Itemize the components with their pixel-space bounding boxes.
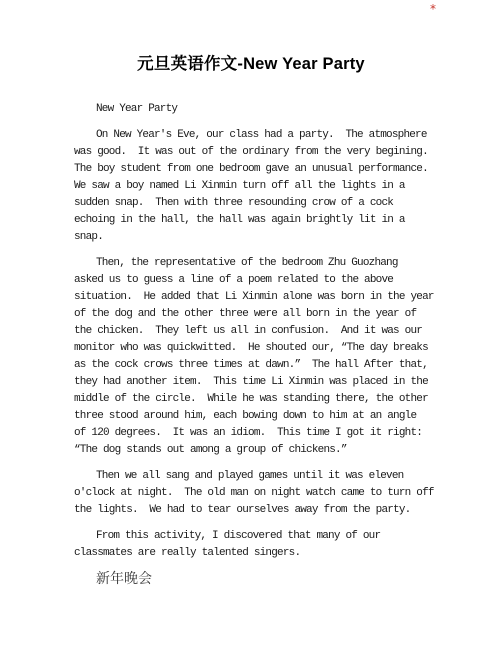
paragraph-3: Then we all sang and played games until … xyxy=(74,468,446,519)
document-body: New Year Party On New Year's Eve, our cl… xyxy=(0,75,502,589)
paragraph-4: From this activity, I discovered that ma… xyxy=(74,528,446,562)
document-page: * 元旦英语作文-New Year Party New Year Party O… xyxy=(0,0,502,649)
chinese-footer-label: 新年晚会 xyxy=(96,571,446,589)
paragraph-1: On New Year's Eve, our class had a party… xyxy=(74,127,446,246)
red-corner-mark: * xyxy=(430,3,436,15)
paragraph-2: Then, the representative of the bedroom … xyxy=(74,255,446,459)
document-title: 元旦英语作文-New Year Party xyxy=(0,0,502,75)
essay-heading: New Year Party xyxy=(74,101,446,118)
